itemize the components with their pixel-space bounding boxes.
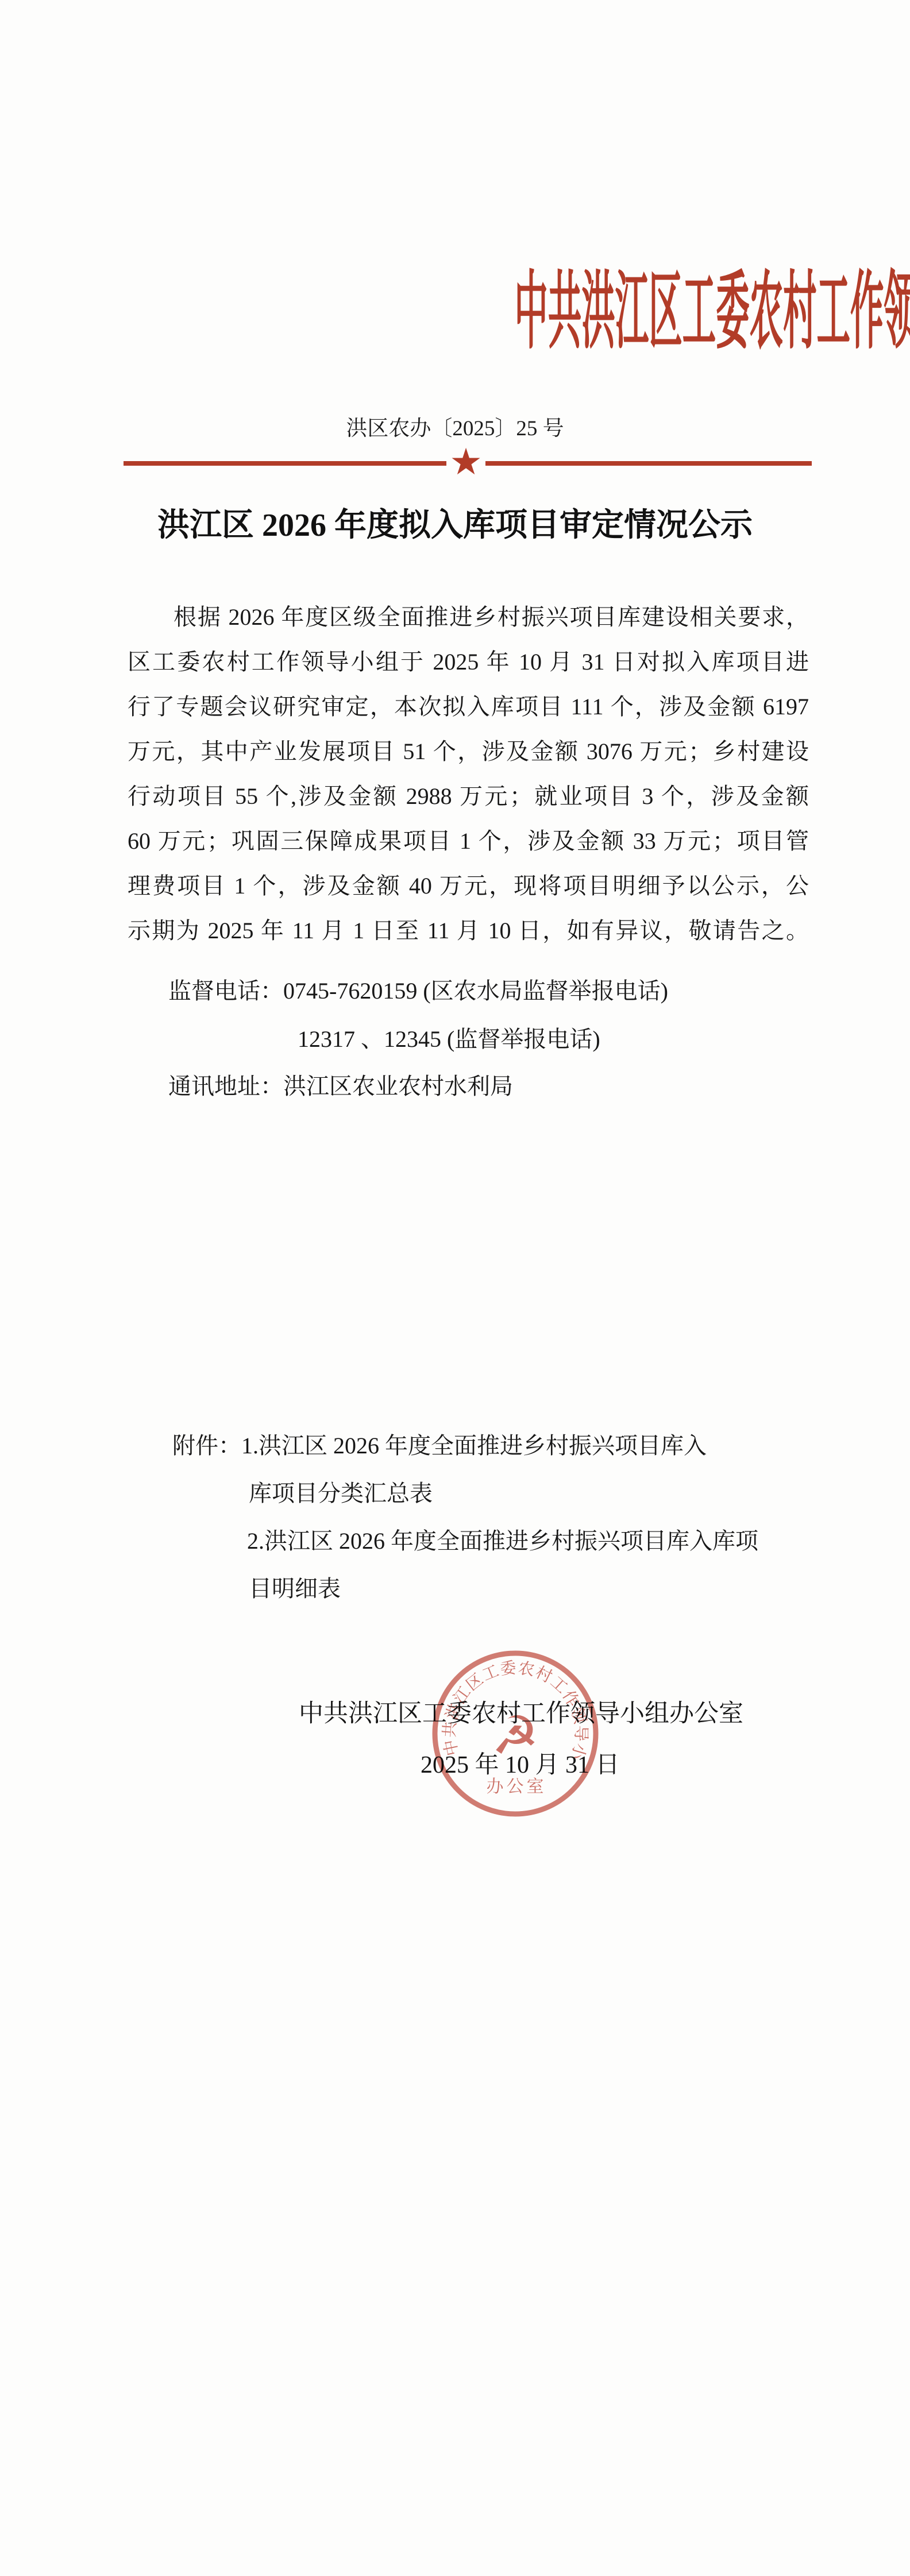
address-line: 通讯地址：洪江区农业农村水利局 xyxy=(168,1070,513,1103)
document-page: 中共洪江区工委农村工作领导小组办公室文件 洪区农办〔2025〕25 号 ★ 洪江… xyxy=(0,0,910,2576)
seal-bottom-text: 办公室 xyxy=(487,1777,547,1796)
official-seal: 中共洪江区工委农村工作领导小组 ☭ 办公室 xyxy=(429,1647,601,1820)
document-title: 洪江区 2026 年度拟入库项目审定情况公示 xyxy=(0,505,910,546)
body-line: 根据 2026 年度区级全面推进乡村振兴项目库建设相关要求， xyxy=(128,601,809,634)
phone-line-1: 监督电话：0745-7620159 (区农水局监督举报电话) xyxy=(168,975,668,1007)
attachment-line: 库项目分类汇总表 xyxy=(249,1477,433,1510)
letterhead-title: 中共洪江区工委农村工作领导小组办公室文件 xyxy=(514,269,910,356)
doc-number: 洪区农办〔2025〕25 号 xyxy=(0,416,910,442)
hammer-sickle-icon: ☭ xyxy=(492,1705,539,1766)
body-line: 理费项目 1 个，涉及金额 40 万元，现将项目明细予以公示，公 xyxy=(128,869,809,903)
letterhead: 中共洪江区工委农村工作领导小组办公室文件 xyxy=(0,269,910,358)
star-icon: ★ xyxy=(448,442,484,482)
divider-line-right xyxy=(485,461,812,466)
attachment-line: 目明细表 xyxy=(249,1573,341,1605)
body-line: 区工委农村工作领导小组于 2025 年 10 月 31 日对拟入库项目进 xyxy=(128,645,809,679)
attachment-line: 2.洪江区 2026 年度全面推进乡村振兴项目库入库项 xyxy=(247,1525,758,1557)
body-line: 60 万元；巩固三保障成果项目 1 个，涉及金额 33 万元；项目管 xyxy=(128,825,809,858)
body-line: 万元，其中产业发展项目 51 个，涉及金额 3076 万元；乡村建设 xyxy=(128,735,809,768)
attachment-line: 附件：1.洪江区 2026 年度全面推进乡村振兴项目库入 xyxy=(172,1430,707,1462)
body-line: 行了专题会议研究审定，本次拟入库项目 111 个，涉及金额 6197 xyxy=(128,690,809,724)
divider-line-left xyxy=(124,461,446,466)
body-line: 行动项目 55 个,涉及金额 2988 万元；就业项目 3 个，涉及金额 xyxy=(128,780,809,813)
body-line: 示期为 2025 年 11 月 1 日至 11 月 10 日，如有异议，敬请告之… xyxy=(128,914,809,947)
phone-line-2: 12317 、12345 (监督举报电话) xyxy=(298,1023,600,1055)
